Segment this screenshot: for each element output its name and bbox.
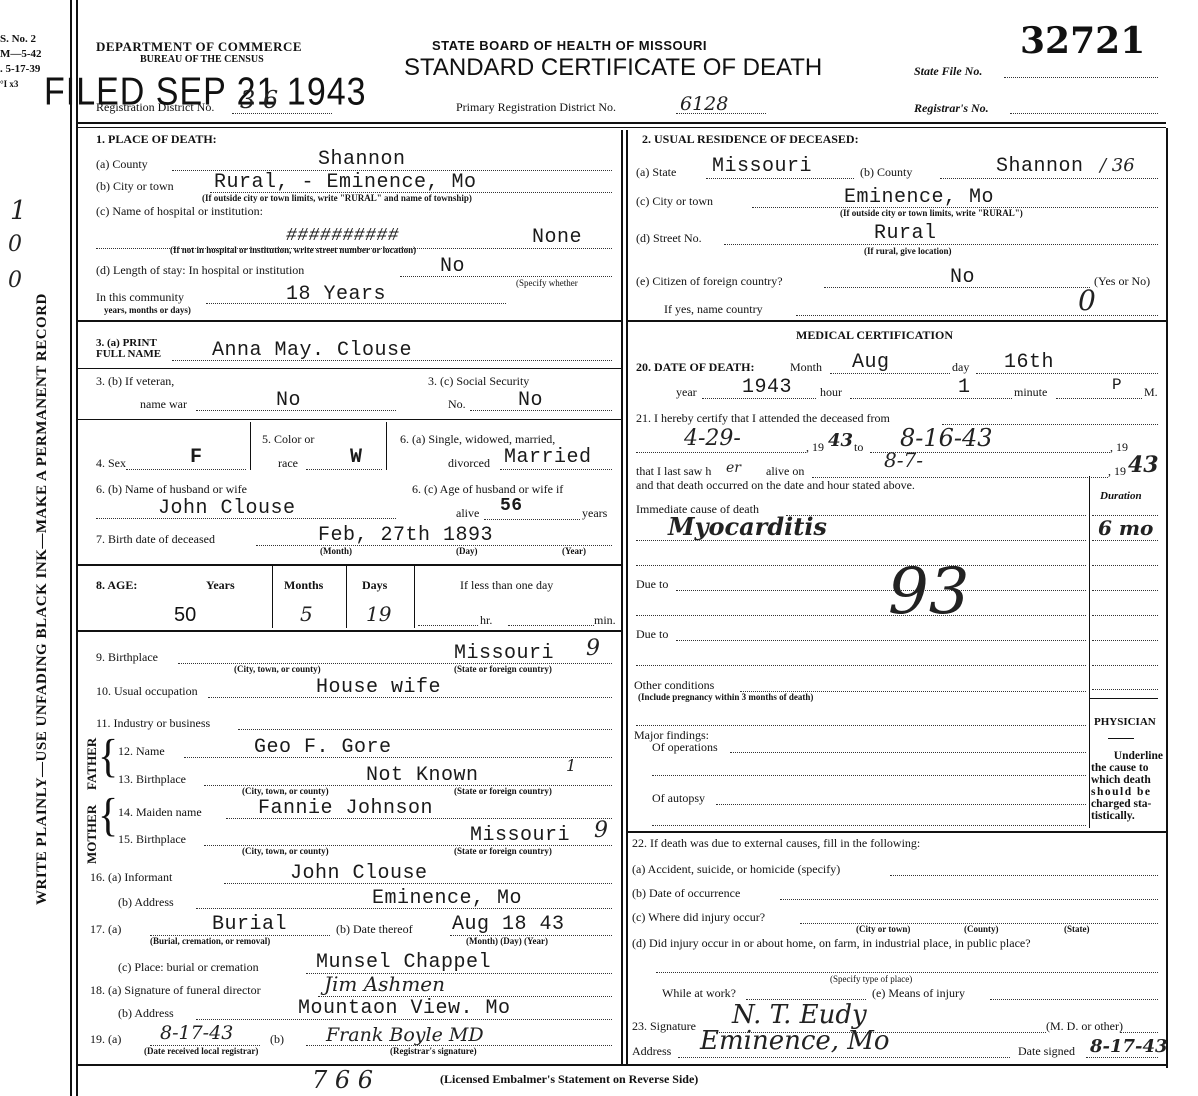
physician-address-value: Eminence, Mo [700,1026,890,1056]
residence-county-value: Shannon [996,155,1084,178]
minute-label: minute [1014,385,1047,400]
occurrence-date-label: (b) Date of occurrence [632,886,740,901]
street-value: Rural [874,222,937,245]
director-address-label: (b) Address [118,1006,174,1021]
registrar-label: 19. (a) [90,1032,121,1047]
informant-address-label: (b) Address [118,895,174,910]
year-value: 1943 [742,376,792,399]
mother-mark: 9 [594,818,608,843]
last-saw-year-value: 43 [1128,452,1159,478]
sex-value: F [190,446,203,469]
informant-address-value: Eminence, Mo [372,887,522,910]
father-name-label: 12. Name [118,744,165,759]
father-brace: { [98,734,118,780]
frame-right-border [1166,128,1168,1068]
state-file-value: 32721 [1020,20,1145,62]
spouse-age-label: 6. (c) Age of husband or wife if [412,482,563,497]
physician-note-line: which death [1091,774,1163,786]
war-label: name war [140,397,187,412]
from-year-value: 43 [828,430,853,451]
month-value: Aug [852,351,890,374]
burial-date-value: Aug 18 43 [452,913,565,936]
community-value: 18 Years [286,283,386,306]
citizen-hint: (Yes or No) [1094,274,1150,289]
director-address-value: Mountaon View. Mo [298,997,511,1020]
spouse-value: John Clouse [158,497,296,520]
injury-place-label: (d) Did injury occur in or about home, o… [632,936,1031,951]
primary-registration-value: 6128 [680,93,728,115]
father-name-value: Geo F. Gore [254,736,392,759]
footer-divider [76,1064,1166,1066]
disposition-hint: (Burial, cremation, or removal) [150,936,270,946]
birthplace-state-hint: (State or foreign country) [454,664,552,674]
city-value: Rural, - Eminence, Mo [214,171,477,194]
physician-note-line: Underline [1091,750,1163,762]
city-label: (b) City or town [96,179,174,194]
residence-state-label: (a) State [636,165,676,180]
hospital-value: None [532,226,582,249]
age-months-value: 5 [300,602,313,626]
side-mark: 1 [10,196,27,226]
where-hint-city: (City or town) [856,924,910,934]
place-hint: (Specify type of place) [830,974,912,984]
informant-label: 16. (a) Informant [90,870,172,885]
to-label: to [854,440,863,455]
form-codes: S. No. 2 M—5-42 . 5-17-39 °I x3 [0,32,42,92]
birthplace-city-hint: (City, town, or county) [234,664,321,674]
physician-note-line: tistically. [1091,810,1163,822]
full-name-label: FULL NAME [96,348,161,360]
birthplace-label: 9. Birthplace [96,650,158,665]
residence-state-value: Missouri [712,155,812,178]
residence-city-note: (If outside city or town limits, write "… [840,208,1023,218]
received-date-value: 8-17-43 [160,1022,233,1044]
footer-marks: 7 6 6 [312,1066,373,1094]
registrar-b-label: (b) [270,1032,284,1047]
operations-label: Of operations [652,740,718,755]
county-label: (a) County [96,157,148,172]
community-label: In this community [96,290,184,305]
war-value: No [276,389,301,412]
citizen-label: (e) Citizen of foreign country? [636,274,783,289]
signature-label: 23. Signature [632,1019,696,1034]
mother-birthplace-value: Missouri [470,824,570,847]
hour-label: hour [820,385,842,400]
bureau-label: BUREAU OF THE CENSUS [140,54,264,65]
physician-address-label: Address [632,1044,671,1059]
duration-value: 6 mo [1098,516,1153,540]
mother-city-hint: (City, town, or county) [242,846,329,856]
age-years-label: Years [206,578,235,593]
certify-text: 21. I hereby certify that I attended the… [636,411,890,426]
age-months-label: Months [284,578,323,593]
community-note: years, months or days) [104,305,191,315]
race-value: W [350,446,363,469]
immediate-cause-value: Myocarditis [668,512,827,541]
frame-left-border [70,0,72,1096]
mother-name-label: 14. Maiden name [118,805,202,820]
informant-value: John Clouse [290,862,428,885]
autopsy-label: Of autopsy [652,791,705,806]
injury-where-label: (c) Where did injury occur? [632,910,765,925]
country-mark: 0 [1078,284,1096,317]
county-value: Shannon [318,148,406,171]
occupation-label: 10. Usual occupation [96,684,198,699]
external-heading: 22. If death was due to external causes,… [632,836,920,851]
residence-county-mark: / 36 [1100,155,1135,176]
age-label: 8. AGE: [96,578,137,593]
specify-note: (Specify whether [516,278,578,288]
hospital-struck: ########## [286,226,399,246]
age-less-label: If less than one day [460,578,553,593]
work-label: While at work? [662,986,736,1001]
industry-label: 11. Industry or business [96,716,210,731]
father-city-hint: (City, town, or county) [242,786,329,796]
physician-heading: PHYSICIAN [1094,716,1156,728]
min-label: min. [594,613,616,628]
residence-county-label: (b) County [860,165,912,180]
funeral-director-label: 18. (a) Signature of funeral director [90,983,261,998]
full-name-value: Anna May. Clouse [212,339,412,362]
burial-date-label: (b) Date thereof [336,922,413,937]
hospital-label: (c) Name of hospital or institution: [96,204,263,219]
occupation-value: House wife [316,676,441,699]
form-code: M—5-42 [0,47,42,62]
medical-heading: MEDICAL CERTIFICATION [796,328,953,343]
physician-note-line: the cause to [1091,762,1163,774]
birth-month-hint: (Month) [320,546,352,556]
father-state-hint: (State or foreign country) [454,786,552,796]
years-label: years [582,506,607,521]
divorced-label: divorced [448,456,490,471]
mother-name-value: Fannie Johnson [258,797,433,820]
attended-from-value: 4-29- [684,426,741,451]
occurred-text: and that death occurred on the date and … [636,478,915,493]
frame-column-divider-inner [626,130,628,1065]
other-conditions-hint: (Include pregnancy within 3 months of de… [638,692,813,702]
father-mark: 1 [566,756,576,775]
race-label: race [278,456,298,471]
street-label: (d) Street No. [636,231,702,246]
last-saw-pronoun: er [726,460,741,476]
birth-date-value: Feb, 27th 1893 [318,524,493,547]
from-year-prefix: , 19 [806,440,824,455]
registration-district-label: Registration District No. [96,100,214,115]
social-security-label: 3. (c) Social Security [428,374,529,389]
ss-value: No [518,389,543,412]
registrar-signature: Frank Boyle MD [326,1024,484,1046]
color-label: 5. Color or [262,432,314,447]
registrar-hint: (Registrar's signature) [390,1046,477,1056]
physician-note-line: charged sta- [1091,798,1163,810]
sex-label: 4. Sex [96,456,126,471]
page-title: STANDARD CERTIFICATE OF DEATH [404,54,822,82]
country-label: If yes, name country [664,302,763,317]
state-file-label: State File No. [914,64,982,79]
birthplace-mark: 9 [586,636,600,661]
birth-year-hint: (Year) [562,546,586,556]
mother-state-hint: (State or foreign country) [454,846,552,856]
frame-column-divider [621,130,623,1065]
registrars-no-label: Registrar's No. [914,101,989,116]
state-board-label: STATE BOARD OF HEALTH OF MISSOURI [432,38,707,53]
age-days-label: Days [362,578,387,593]
mother-birthplace-label: 15. Birthplace [118,832,186,847]
due-to-label-2: Due to [636,627,668,642]
disposition-value: Burial [212,913,287,936]
md-label: (M. D. or other) [1046,1019,1123,1034]
hospital-note: (If not in hospital or institution, writ… [170,245,416,255]
residence-city-value: Eminence, Mo [844,186,994,209]
disposition-label: 17. (a) [90,922,121,937]
street-note: (If rural, give location) [864,246,951,256]
alive-label: alive [456,506,479,521]
burial-place-value: Munsel Chappel [316,951,491,974]
means-label: (e) Means of injury [872,986,965,1001]
marital-value: Married [504,446,592,469]
to-year-prefix: , 19 [1110,440,1128,455]
form-code: S. No. 2 [0,32,42,47]
form-code: °I x3 [0,77,42,92]
residence-city-label: (c) City or town [636,194,713,209]
date-signed-label: Date signed [1018,1044,1075,1059]
stay-label: (d) Length of stay: In hospital or insti… [96,263,304,278]
last-saw-text: that I last saw h [636,464,711,479]
where-hint-county: (County) [964,924,999,934]
veteran-label: 3. (b) If veteran, [96,374,174,389]
spouse-age-value: 56 [500,496,523,516]
last-saw-year-prefix: , 19 [1108,464,1126,479]
birthplace-value: Missouri [454,642,554,665]
side-mark: 0 [8,268,22,293]
physician-note: Underline the cause to which death shoul… [1091,750,1163,822]
birth-date-label: 7. Birth date of deceased [96,532,215,547]
ss-no-label: No. [448,397,466,412]
age-days-value: 19 [366,602,391,626]
duration-label: Duration [1100,490,1142,502]
citizen-value: No [950,266,975,289]
accident-label: (a) Accident, suicide, or homicide (spec… [632,862,840,877]
side-instruction: WRITE PLAINLY—USE UNFADING BLACK INK—MAK… [34,293,51,905]
hr-label: hr. [480,613,492,628]
m-label: M. [1144,385,1158,400]
received-hint: (Date received local registrar) [144,1046,258,1056]
year-label: year [676,385,697,400]
last-saw-value: 8-7- [884,448,923,472]
ampm-value: P [1112,376,1122,394]
spouse-label: 6. (b) Name of husband or wife [96,482,247,497]
month-label: Month [790,360,822,375]
code-mark: 93 [888,560,969,624]
father-birthplace-label: 13. Birthplace [118,772,186,787]
embalmer-note: (Licensed Embalmer's Statement on Revers… [440,1072,698,1087]
alive-on-label: alive on [766,464,804,479]
department-label: DEPARTMENT OF COMMERCE [96,39,302,55]
physician-note-line: should be [1091,786,1163,798]
age-years-value: 50 [174,604,196,627]
header-divider [76,122,1166,124]
stay-value: No [440,255,465,278]
marital-label: 6. (a) Single, widowed, married, [400,432,555,447]
date-of-death-label: 20. DATE OF DEATH: [636,360,754,375]
frame-left-border-inner [76,0,78,1096]
father-birthplace-value: Not Known [366,764,479,787]
funeral-director-signature: Jim Ashmen [324,972,445,996]
other-conditions-label: Other conditions [634,678,714,693]
form-code: . 5-17-39 [0,62,42,77]
due-to-label-1: Due to [636,577,668,592]
side-mark: 0 [8,232,22,257]
day-value: 16th [1004,351,1054,374]
place-of-death-heading: 1. PLACE OF DEATH: [96,132,217,147]
mother-brace: { [98,793,118,839]
date-signed-value: 8-17-43 [1090,1036,1168,1057]
hour-value: 1 [958,376,971,399]
residence-heading: 2. USUAL RESIDENCE OF DECEASED: [642,132,859,147]
city-note: (If outside city or town limits, write "… [202,193,472,203]
where-hint-state: (State) [1064,924,1090,934]
burial-date-hint: (Month) (Day) (Year) [466,936,548,946]
burial-place-label: (c) Place: burial or cremation [118,960,259,975]
day-label: day [952,360,969,375]
registration-district-value: 3 6 [240,86,278,114]
primary-registration-label: Primary Registration District No. [456,100,616,115]
birth-day-hint: (Day) [456,546,478,556]
